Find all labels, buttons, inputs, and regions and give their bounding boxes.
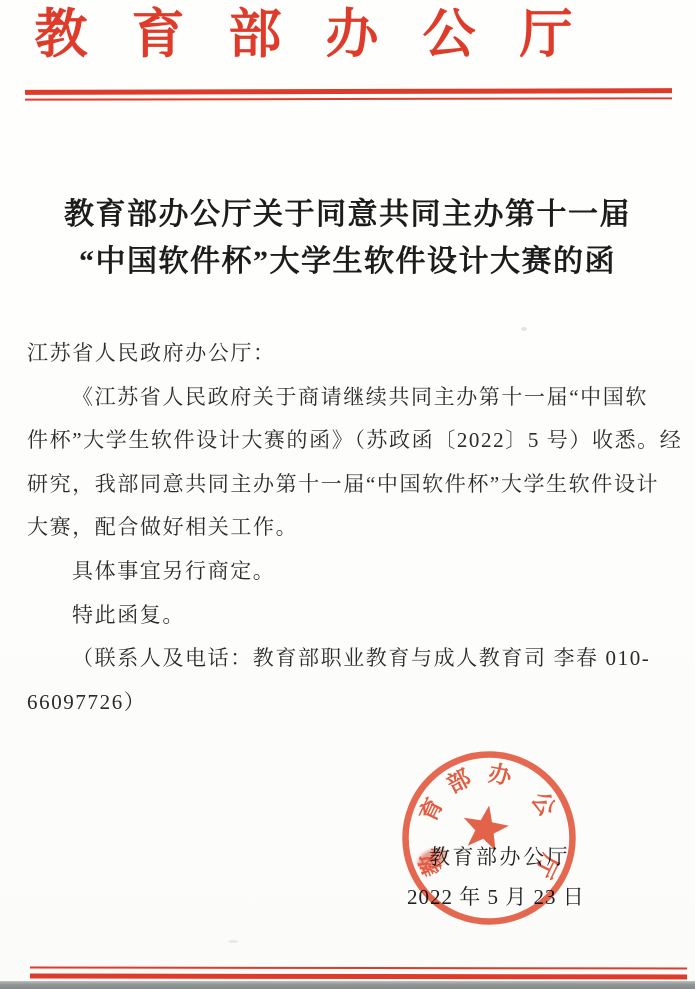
scanner-edge-bar bbox=[0, 981, 695, 989]
document-title-line1: 教育部办公厅关于同意共同主办第十一届 bbox=[0, 191, 695, 238]
body-line: 《江苏省人民政府关于商请继续共同主办第十一届“中国软 bbox=[27, 376, 689, 420]
body-line: 大赛，配合做好相关工作。 bbox=[27, 506, 689, 550]
document-title-line2: “中国软件杯”大学生软件设计大赛的函 bbox=[0, 238, 695, 285]
body-line: 特此函复。 bbox=[27, 594, 689, 638]
footer-rule-thin bbox=[30, 967, 687, 969]
letterhead-org-name: 教育部办公厅 bbox=[0, 4, 673, 66]
scanned-official-letter: 教育部办公厅 教育部办公厅关于同意共同主办第十一届 “中国软件杯”大学生软件设计… bbox=[0, 0, 695, 989]
body-line: 件杯”大学生软件设计大赛的函》（苏政函〔2022〕5 号）收悉。经 bbox=[27, 419, 689, 463]
seal-arc-char: 厅 bbox=[530, 850, 563, 882]
seal-arc-char: 育 bbox=[414, 794, 447, 826]
seal-star-icon bbox=[464, 805, 509, 850]
body-line-contact-continued: 66097726） bbox=[27, 681, 689, 725]
body-line: 研究，我部同意共同主办第十一届“中国软件杯”大学生软件设计 bbox=[27, 463, 689, 507]
footer-rule-thick bbox=[30, 973, 687, 978]
body-line: 具体事宜另行商定。 bbox=[27, 550, 689, 594]
seal-arc-char: 公 bbox=[527, 788, 560, 821]
seal-arc-char: 办 bbox=[487, 761, 515, 790]
scan-speck bbox=[228, 940, 238, 943]
letterhead-rule-thin bbox=[25, 97, 672, 100]
official-seal: 教 育 部 办 公 厅 bbox=[399, 748, 579, 928]
letterhead-rule-thick bbox=[25, 88, 672, 94]
body-line-salutation: 江苏省人民政府办公厅： bbox=[27, 332, 689, 376]
letter-body: 江苏省人民政府办公厅： 《江苏省人民政府关于商请继续共同主办第十一届“中国软 件… bbox=[27, 332, 689, 724]
scan-speck bbox=[521, 327, 527, 331]
body-line-contact: （联系人及电话：教育部职业教育与成人教育司 李春 010- bbox=[27, 637, 689, 681]
document-title: 教育部办公厅关于同意共同主办第十一届 “中国软件杯”大学生软件设计大赛的函 bbox=[0, 191, 695, 285]
